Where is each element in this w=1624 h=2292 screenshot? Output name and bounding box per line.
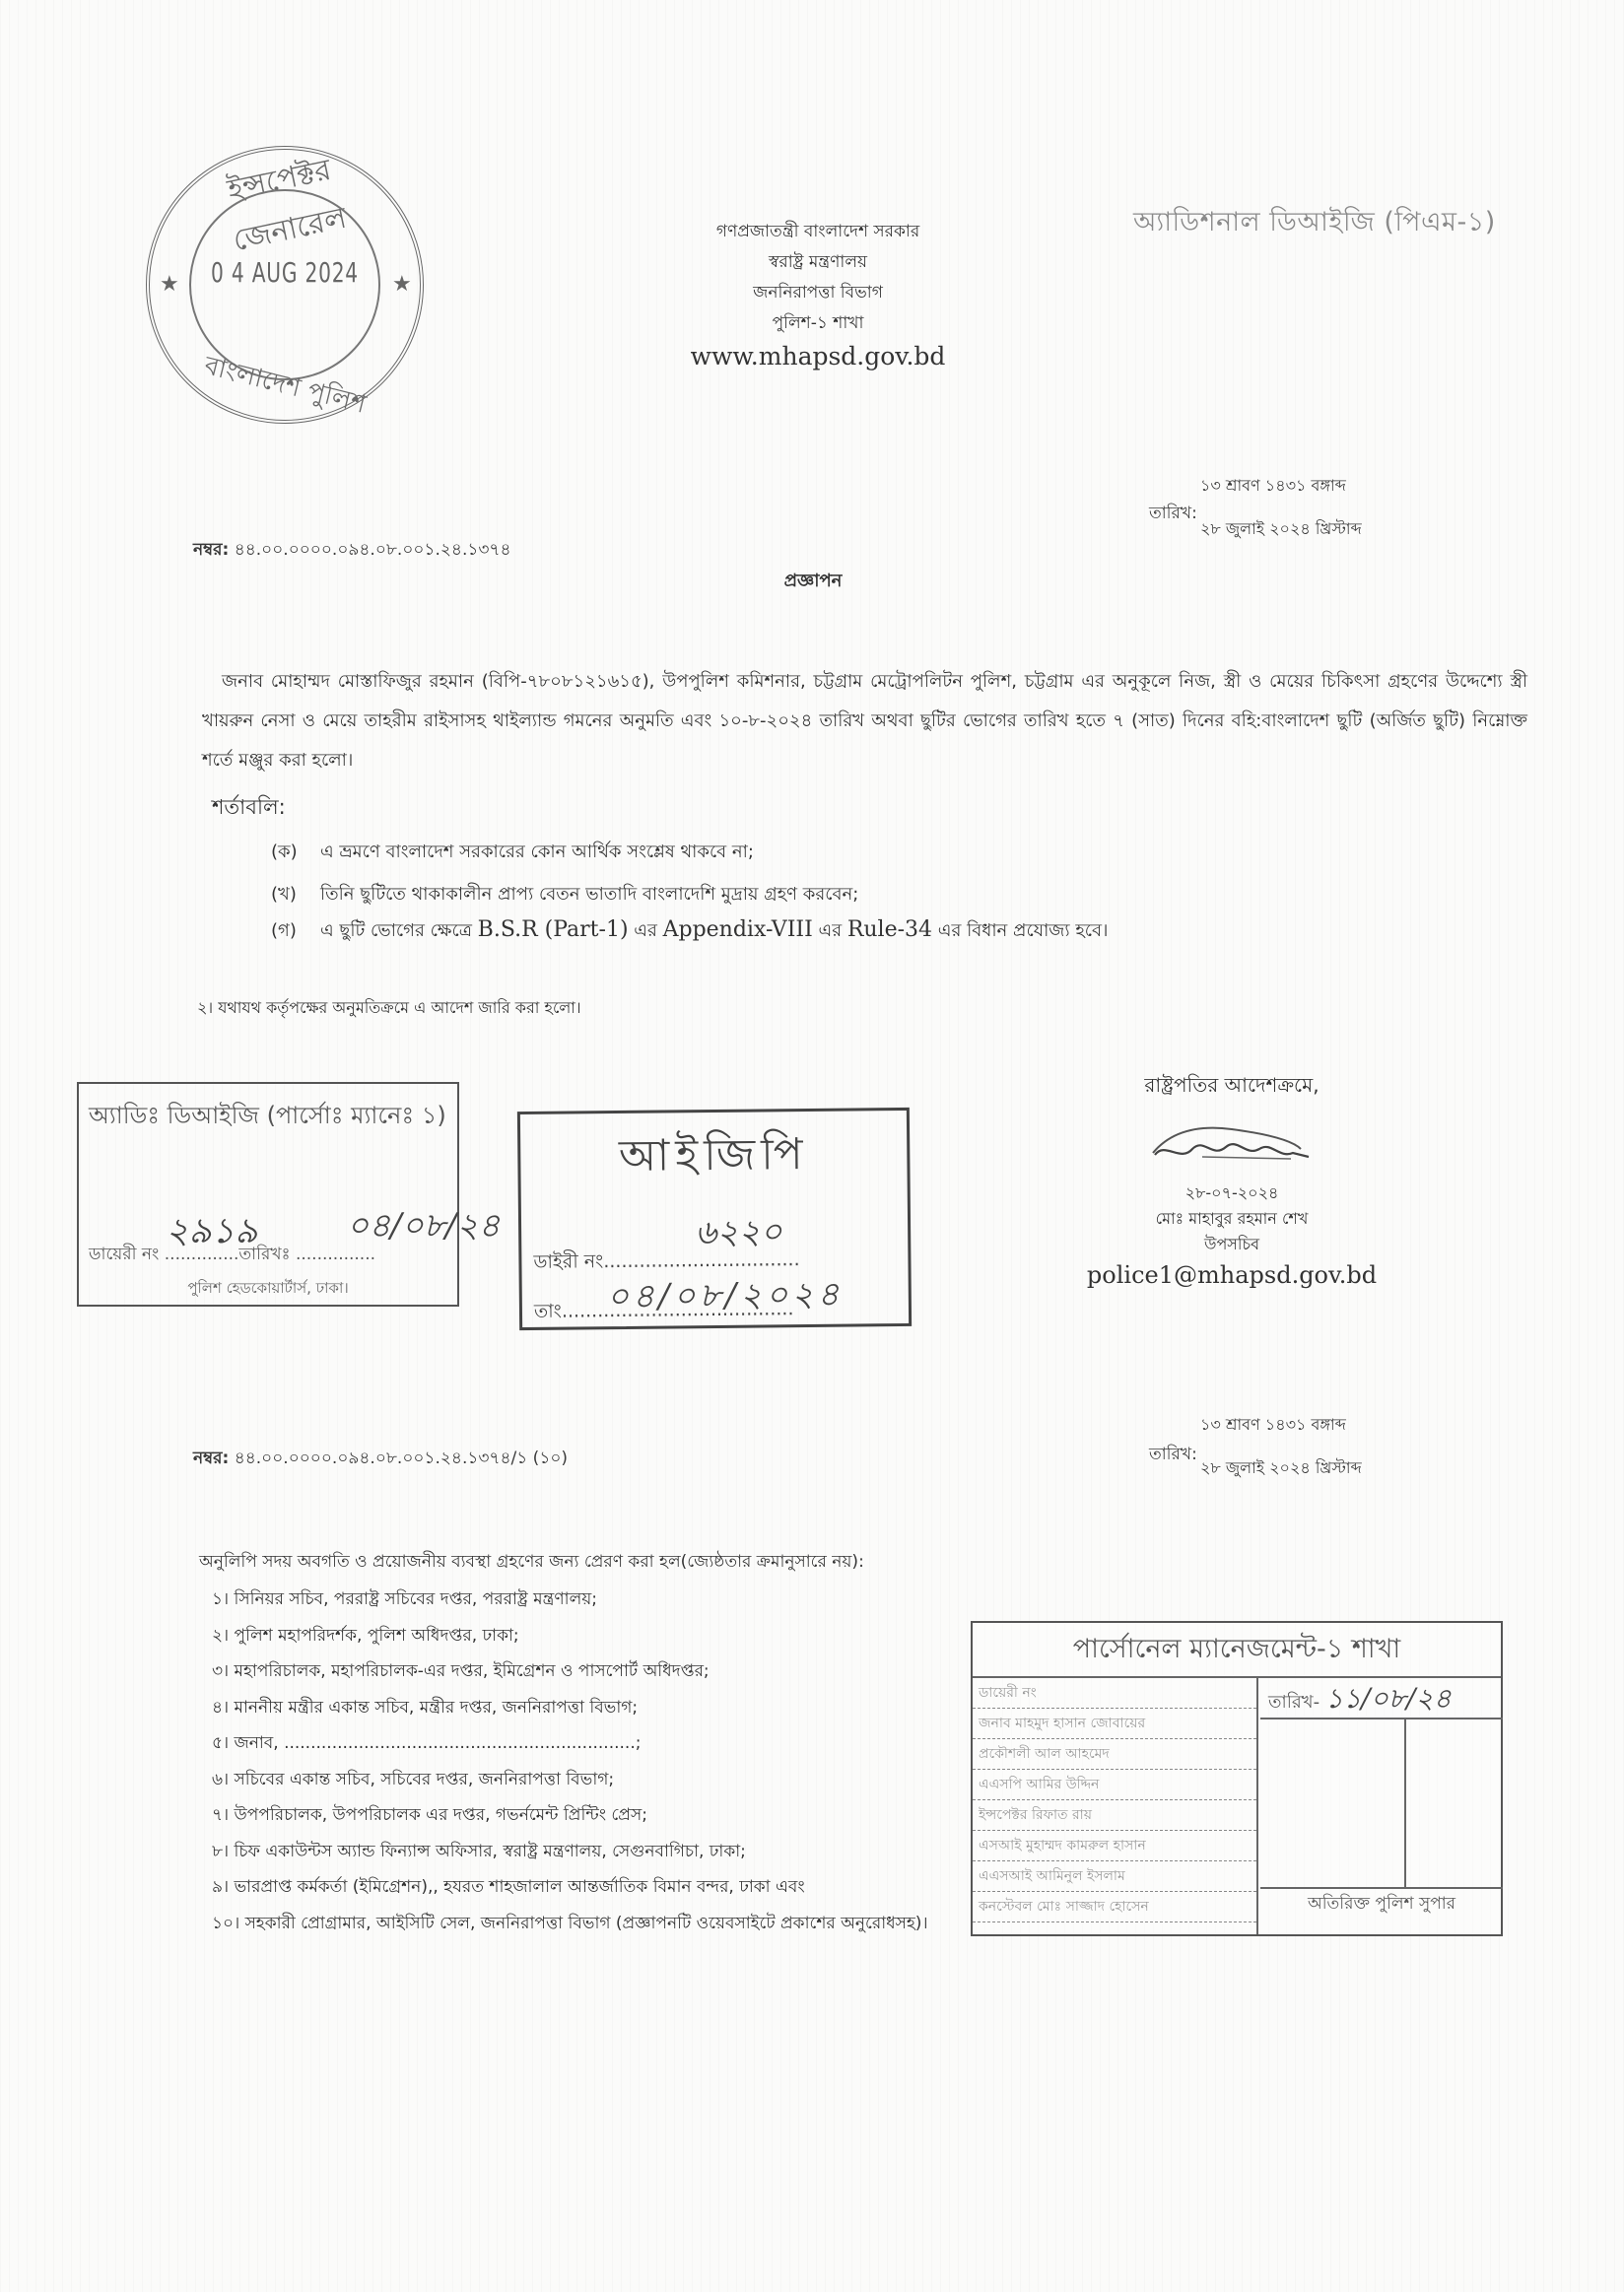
- footer-divider: [1260, 1887, 1503, 1889]
- stamp-footer: অতিরিক্ত পুলিশ সুপার: [1260, 1891, 1503, 1919]
- authority-line: রাষ্ট্রপতির আদেশক্রমে,: [1045, 1070, 1419, 1100]
- list-item: ৫। জনাব, ...............................…: [212, 1725, 928, 1762]
- body-paragraph: জনাব মোহাম্মদ মোস্তাফিজুর রহমান (বিপি-৭৮…: [202, 671, 1527, 771]
- website-link[interactable]: www.mhapsd.gov.bd: [611, 339, 1025, 374]
- copy-intro: অনুলিপি সদয় অবগতি ও প্রয়োজনীয় ব্যবস্থ…: [199, 1549, 864, 1577]
- list-item: ১০। সহকারী প্রোগ্রামার, আইসিটি সেল, জননি…: [212, 1906, 928, 1942]
- list-item: ৯। ভারপ্রাপ্ত কর্মকর্তা (ইমিগ্রেশন),, হয…: [212, 1869, 928, 1906]
- recipient-list: ১। সিনিয়র সচিব, পররাষ্ট্র সচিবের দপ্তর,…: [212, 1582, 928, 1941]
- routing-row: প্রকৌশলী আল আহমেদ: [973, 1739, 1256, 1770]
- copy-date-gregorian: ২৮ জুলাই ২০২৪ খ্রিস্টাব্দ: [1200, 1455, 1362, 1482]
- routing-row: ডায়েরী নং: [973, 1678, 1256, 1709]
- date-bangla: ১৩ শ্রাবণ ১৪৩১ বঙ্গাব্দ: [1200, 473, 1346, 500]
- condition-item: (খ)তিনি ছুটিতে থাকাকালীন প্রাপ্য বেতন ভা…: [271, 880, 858, 910]
- copy-date-bangla: ১৩ শ্রাবণ ১৪৩১ বঙ্গাব্দ: [1200, 1412, 1346, 1439]
- list-item: ৬। সচিবের একান্ত সচিব, সচিবের দপ্তর, জনন…: [212, 1762, 928, 1798]
- personnel-management-stamp: পার্সোনেল ম্যানেজমেন্ট-১ শাখা ডায়েরী নং…: [971, 1621, 1503, 1936]
- routing-row: কনস্টেবল মোঃ সাজ্জাদ হোসেন: [973, 1892, 1256, 1922]
- inspector-general-seal: ইন্সপেক্টর জেনারেল ★ 0 4 AUG 2024 ★ বাংল…: [146, 146, 424, 424]
- routing-row: এসআই মুহাম্মদ কামরুল হাসান: [973, 1831, 1256, 1861]
- signature-date: ২৮-০৭-২০২৪: [1045, 1180, 1419, 1206]
- signatory-name: মোঃ মাহাবুর রহমান শেখ: [1045, 1206, 1419, 1232]
- copy-reference: নম্বর: ৪৪.০০.০০০০.০৯৪.০৮.০০১.২৪.১৩৭৪/১ (…: [193, 1446, 568, 1473]
- officer-routing-list: ডায়েরী নং জনাব মাহমুদ হাসান জোবায়ের প্…: [973, 1678, 1258, 1934]
- routing-row: এএসআই আমিনুল ইসলাম: [973, 1861, 1256, 1892]
- list-item: ৪। মাননীয় মন্ত্রীর একান্ত সচিব, মন্ত্রী…: [212, 1690, 928, 1726]
- date-label: তাং.....................................…: [534, 1295, 794, 1329]
- addl-dig-receipt-stamp: অ্যাডিঃ ডিআইজি (পার্সোঃ ম্যানেঃ ১) ২৯১৯ …: [77, 1082, 459, 1307]
- stamp-title: অ্যাডিঃ ডিআইজি (পার্সোঃ ম্যানেঃ ১): [89, 1098, 446, 1137]
- stamp-title: আইজিপি: [520, 1120, 908, 1196]
- memo-reference: নম্বর: ৪৪.০০.০০০০.০৯৪.০৮.০০১.২৪.১৩৭৪: [193, 537, 511, 565]
- email-link[interactable]: police1@mhapsd.gov.bd: [1045, 1257, 1419, 1293]
- notification-title: প্রজ্ঞাপন: [749, 567, 877, 597]
- branch-name: পুলিশ-১ শাখা: [611, 308, 1025, 339]
- ref-label: নম্বর:: [193, 1449, 229, 1468]
- notification-body: জনাব মোহাম্মদ মোস্তাফিজুর রহমান (বিপি-৭৮…: [202, 662, 1527, 780]
- ref-number: ৪৪.০০.০০০০.০৯৪.০৮.০০১.২৪.১৩৭৪: [235, 540, 511, 560]
- division-name: জননিরাপত্তা বিভাগ: [611, 278, 1025, 308]
- routing-row: এএসপি আমির উদ্দিন: [973, 1770, 1256, 1800]
- date-label: তারিখ:: [1149, 501, 1197, 528]
- stamp-title: পার্সোনেল ম্যানেজমেন্ট-১ শাখা: [973, 1623, 1501, 1678]
- routing-row: ইন্সপেক্টর রিফাত রায়: [973, 1800, 1256, 1831]
- letterhead: গণপ্রজাতন্ত্রী বাংলাদেশ সরকার স্বরাষ্ট্র…: [611, 217, 1025, 374]
- star-icon: ★: [392, 272, 412, 297]
- list-item: ১। সিনিয়র সচিব, পররাষ্ট্র সচিবের দপ্তর,…: [212, 1582, 928, 1618]
- routing-row: জনাব মাহমুদ হাসান জোবায়ের: [973, 1709, 1256, 1739]
- ref-label: নম্বর:: [193, 540, 229, 560]
- list-item: ২। পুলিশ মহাপরিদর্শক, পুলিশ অধিদপ্তর, ঢা…: [212, 1618, 928, 1654]
- date-label: তারিখ-: [1268, 1692, 1319, 1713]
- government-name: গণপ্রজাতন্ত্রী বাংলাদেশ সরকার: [611, 217, 1025, 247]
- list-item: ৩। মহাপরিচালক, মহাপরিচালক-এর দপ্তর, ইমিগ…: [212, 1653, 928, 1690]
- stamp-footer: পুলিশ হেডকোয়ার্টার্স, ঢাকা।: [79, 1277, 457, 1302]
- signatory-designation: উপসচিব: [1045, 1232, 1419, 1257]
- ref-number: ৪৪.০০.০০০০.০৯৪.০৮.০০১.২৪.১৩৭৪/১ (১০): [235, 1449, 568, 1468]
- condition-item: (গ)এ ছুটি ভোগের ক্ষেত্রে B.S.R (Part-1) …: [271, 916, 1108, 947]
- ministry-name: স্বরাষ্ট্র মন্ত্রণালয়: [611, 247, 1025, 278]
- igp-receipt-stamp: আইজিপি ৬২২০ ডাইরী নং....................…: [517, 1108, 912, 1330]
- date-gregorian: ২৮ জুলাই ২০২৪ খ্রিস্টাব্দ: [1200, 516, 1362, 543]
- signature-scribble-icon: [1143, 1119, 1320, 1169]
- handwritten-date: ১১/০৮/২৪: [1325, 1682, 1452, 1715]
- additional-dig-stamp: অ্যাডিশনাল ডিআইজি (পিএম-১): [1133, 202, 1496, 246]
- column-divider: [1404, 1719, 1406, 1887]
- order-line: ২। যথাযথ কর্তৃপক্ষের অনুমতিক্রমে এ আদেশ …: [197, 995, 581, 1022]
- conditions-heading: শর্তাবলি:: [212, 791, 286, 826]
- list-item: ৭। উপপরিচালক, উপপরিচালক এর দপ্তর, গভর্নম…: [212, 1797, 928, 1834]
- condition-item: (ক)এ ভ্রমণে বাংলাদেশ সরকারের কোন আর্থিক …: [271, 838, 754, 868]
- list-item: ৮। চিফ একাউন্টস অ্যান্ড ফিন্যান্স অফিসার…: [212, 1834, 928, 1870]
- stamp-date: তারিখ- ১১/০৮/২৪: [1260, 1678, 1503, 1719]
- signature-block: রাষ্ট্রপতির আদেশক্রমে, ২৮-০৭-২০২৪ মোঃ মা…: [1045, 1070, 1419, 1293]
- copy-date-label: তারিখ:: [1149, 1442, 1197, 1469]
- seal-date: 0 4 AUG 2024: [176, 256, 392, 289]
- diary-label: ডায়েরী নং ..............তারিখঃ ........…: [89, 1242, 375, 1269]
